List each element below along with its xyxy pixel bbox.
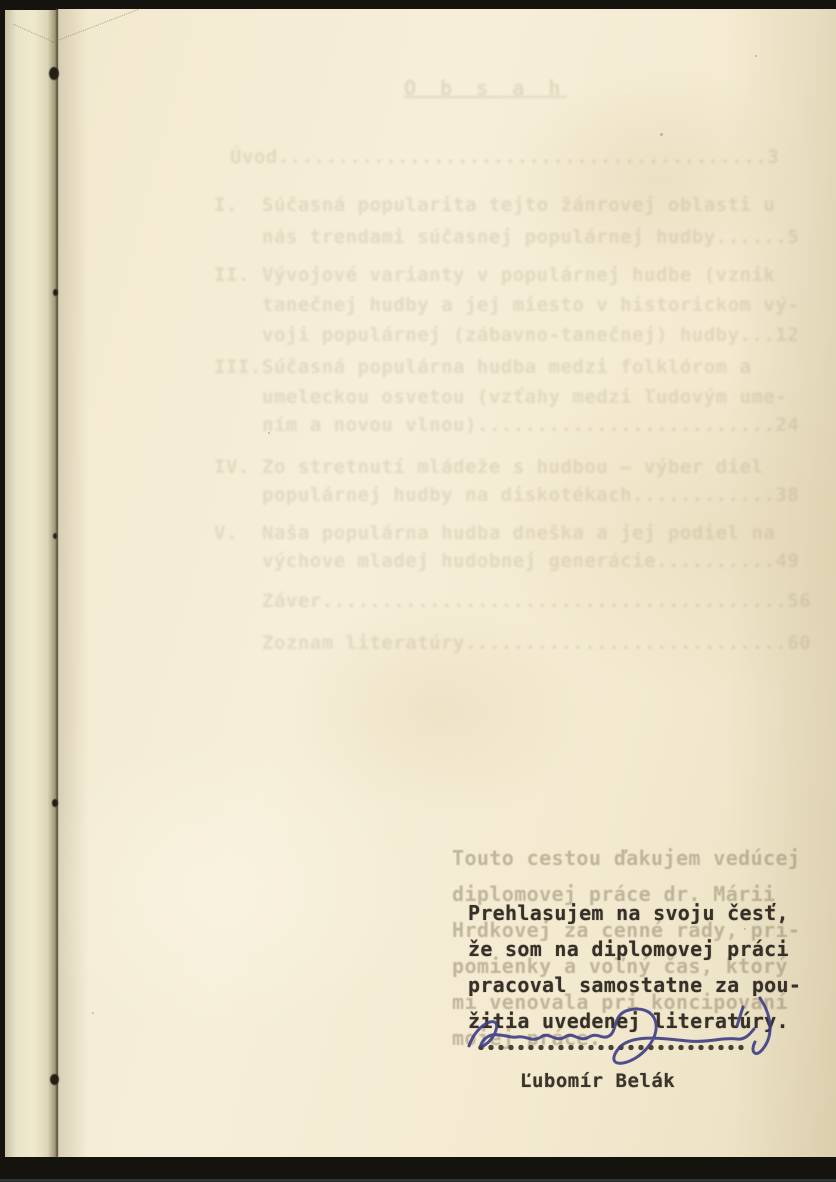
ghost-toc-line: Zo stretnutí mládeže s hudbou — výber di… bbox=[262, 456, 763, 478]
ghost-toc-line: ním a novou vlnou)......................… bbox=[262, 414, 799, 436]
ghost-toc-zaver: Záver...................................… bbox=[262, 590, 811, 612]
ghost-toc-num: V. bbox=[214, 522, 238, 544]
ghost-toc-line: výchove mladej hudobnej generácie.......… bbox=[262, 550, 799, 572]
ghost-toc-line: voji populárnej (zábavno-tanečnej) hudby… bbox=[262, 324, 799, 346]
ghost-toc-line: Súčasná popularita tejto žánrovej oblast… bbox=[262, 194, 775, 216]
stitch-hole bbox=[49, 67, 59, 80]
paper-speck bbox=[92, 1012, 94, 1014]
ghost-toc-line: Súčasná populárna hudba medzi folklórom … bbox=[262, 356, 752, 378]
binding-crease-line bbox=[56, 9, 58, 1157]
signature-stroke bbox=[469, 1009, 754, 1063]
stitch-hole bbox=[52, 799, 58, 807]
declaration-line: že som na diplomovej práci bbox=[468, 937, 789, 961]
ghost-toc-num: II. bbox=[214, 264, 250, 286]
paper-speck bbox=[660, 133, 663, 136]
signature-flourish bbox=[753, 998, 770, 1054]
ghost-ack-line: Touto cestou ďakujem vedúcej bbox=[452, 846, 800, 870]
stitch-hole bbox=[50, 1074, 59, 1085]
ghost-toc-num: III. bbox=[214, 356, 262, 378]
ghost-toc-line: Vývojové varianty v populárnej hudbe (vz… bbox=[262, 264, 775, 286]
ghost-toc-num: I. bbox=[214, 194, 238, 216]
scanned-thesis-page: O b s a h Úvod..........................… bbox=[0, 0, 836, 1182]
ghost-toc-line: populárnej hudby na diskotékach.........… bbox=[262, 484, 799, 506]
typed-author-name: Ľubomír Belák bbox=[520, 1070, 675, 1092]
ghost-toc-line: nás trendami súčasnej populárnej hudby..… bbox=[262, 226, 799, 248]
book-gutter-page-edges bbox=[5, 10, 58, 1157]
ghost-toc-title: O b s a h bbox=[404, 76, 566, 100]
ghost-toc-num: IV. bbox=[214, 456, 250, 478]
signature-tick bbox=[737, 1007, 743, 1026]
ghost-toc-uvod: Úvod....................................… bbox=[230, 146, 779, 168]
stitch-hole bbox=[53, 533, 57, 539]
ghost-toc-line: umeleckou osvetou (vzťahy medzi ľudovým … bbox=[262, 386, 787, 408]
ghost-toc-line: tanečnej hudby a jej miesto v historicko… bbox=[262, 294, 799, 316]
declaration-line: Prehlasujem na svoju česť, bbox=[468, 901, 789, 925]
ghost-toc-line: Naša populárna hudba dneška a jej podiel… bbox=[262, 522, 775, 544]
paper-speck bbox=[755, 55, 757, 57]
ghost-toc-literatura: Zoznam literatúry.......................… bbox=[262, 632, 811, 654]
stitch-hole bbox=[53, 289, 58, 296]
